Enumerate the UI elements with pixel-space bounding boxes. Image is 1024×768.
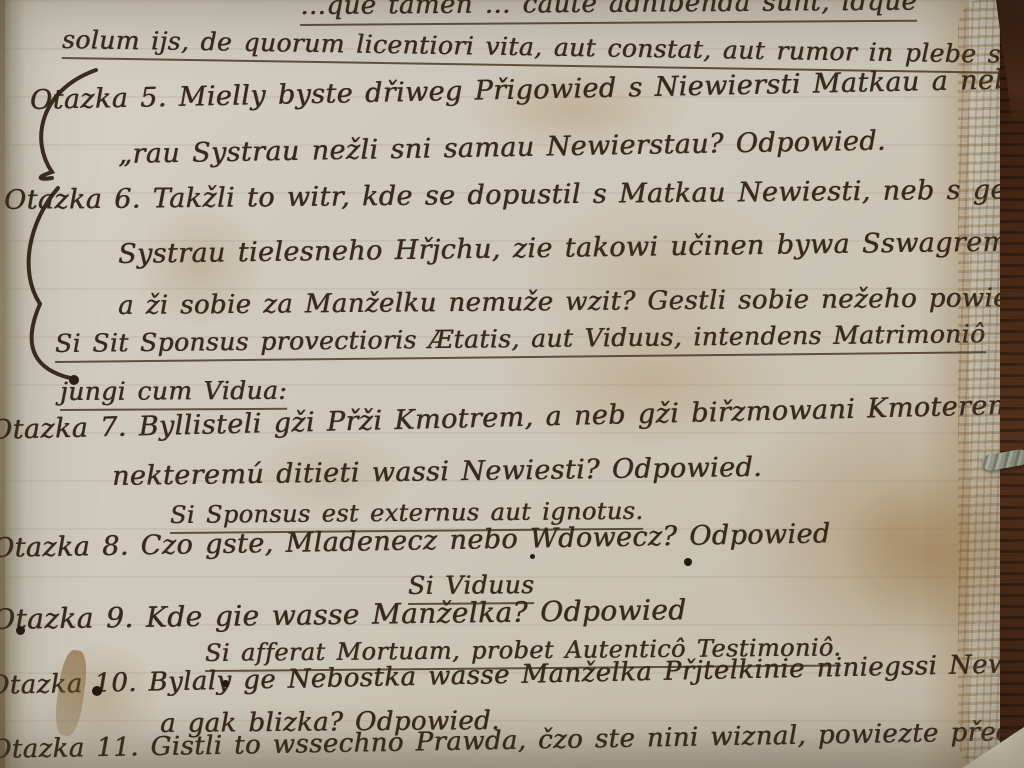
manuscript-photo: …que tamen … cauté adhibenda sunt, idque… <box>0 0 1024 768</box>
manuscript-line-13: Otazka 8. Czo gste, Mladenecz nebo Wdowe… <box>0 519 831 564</box>
manuscript-line-15: Otazka 9. Kde gie wasse Manželka? Odpowi… <box>0 594 687 635</box>
manuscript-line-1: …que tamen … cauté adhibenda sunt, idque <box>300 0 917 26</box>
manuscript-line-6: Systrau tielesneho Hřjchu, zie takowi uč… <box>118 226 1024 271</box>
ink-blot <box>684 558 692 566</box>
manuscript-line-5: Otazka 6. Takžli to witr, kde se dopusti… <box>4 174 1024 216</box>
ink-blot <box>222 680 229 687</box>
ink-blot <box>530 554 535 559</box>
manuscript-line-8: Si Sit Sponsus provectioris Ætatis, aut … <box>55 320 986 363</box>
manuscript-line-9: jungi cum Vidua: <box>60 377 287 411</box>
manuscript-line-3: Otazka 5. Mielly byste dřiweg Přigowied … <box>30 61 1024 116</box>
ink-blot <box>92 686 102 696</box>
manuscript-line-11: nekteremú ditieti wassi Newiesti? Odpowi… <box>112 453 762 492</box>
manuscript-line-19: Otazka 11. Gistli to wssechno Prawda, čz… <box>0 716 1024 765</box>
ink-blot <box>16 626 25 635</box>
manuscript-line-7: a ži sobie za Manželku nemuže wzit? Gest… <box>118 283 1024 321</box>
manuscript-line-4: „rau Systrau nežli sni samau Newierstau?… <box>118 127 886 171</box>
